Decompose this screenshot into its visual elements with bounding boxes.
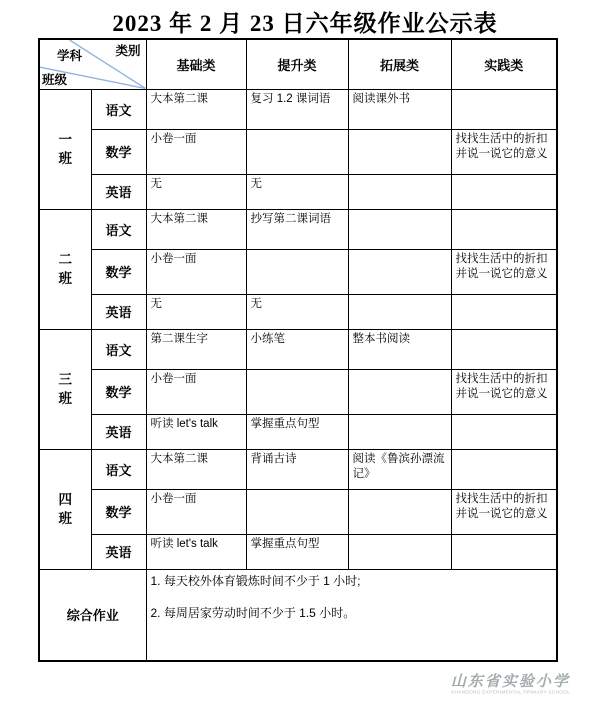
homework-cell	[451, 534, 557, 569]
homework-cell: 抄写第二课词语	[246, 209, 348, 249]
homework-cell: 掌握重点句型	[246, 414, 348, 449]
homework-table: 学科 类别 班级 基础类 提升类 拓展类 实践类 一班 语文 大本第二课 复习 …	[38, 38, 558, 662]
homework-cell	[451, 209, 557, 249]
subject-label: 英语	[91, 414, 146, 449]
subject-label: 英语	[91, 174, 146, 209]
table-row: 英语 无 无	[39, 294, 557, 329]
homework-cell	[451, 414, 557, 449]
column-header-basic: 基础类	[146, 39, 246, 89]
class-label: 一班	[58, 130, 73, 168]
summary-row: 综合作业 1. 每天校外体育锻炼时间不少于 1 小时; 2. 每周居家劳动时间不…	[39, 569, 557, 661]
homework-cell: 整本书阅读	[348, 329, 451, 369]
corner-class-label: 班级	[42, 74, 67, 87]
homework-cell: 第二课生字	[146, 329, 246, 369]
class-4-label-cell: 四班	[39, 449, 91, 569]
summary-item-1: 1. 每天校外体育锻炼时间不少于 1 小时;	[151, 572, 553, 589]
homework-cell	[451, 294, 557, 329]
homework-cell: 小卷一面	[146, 369, 246, 414]
watermark-english: SHANDONG EXPERIMENTAL PRIMARY SCHOOL	[451, 690, 570, 695]
homework-cell	[348, 129, 451, 174]
watermark-chinese: 山东省实验小学	[423, 674, 598, 690]
table-row: 数学 小卷一面 找找生活中的折扣并说一说它的意义	[39, 369, 557, 414]
homework-cell: 找找生活中的折扣并说一说它的意义	[451, 369, 557, 414]
homework-cell: 大本第二课	[146, 89, 246, 129]
subject-label: 英语	[91, 534, 146, 569]
homework-cell: 复习 1.2 课词语	[246, 89, 348, 129]
table-row: 数学 小卷一面 找找生活中的折扣并说一说它的意义	[39, 249, 557, 294]
subject-label: 数学	[91, 369, 146, 414]
homework-cell: 阅读《鲁滨孙漂流记》	[348, 449, 451, 489]
column-header-expand: 拓展类	[348, 39, 451, 89]
corner-subject-label: 学科	[57, 50, 82, 63]
school-watermark: 山东省实验小学 SHANDONG EXPERIMENTAL PRIMARY SC…	[423, 674, 598, 698]
homework-cell	[348, 414, 451, 449]
subject-label: 数学	[91, 129, 146, 174]
class-3-label-cell: 三班	[39, 329, 91, 449]
homework-cell: 听读 let's talk	[146, 534, 246, 569]
homework-cell: 无	[146, 294, 246, 329]
homework-cell	[348, 534, 451, 569]
page-title: 2023 年 2 月 23 日六年级作业公示表	[0, 5, 610, 38]
summary-content: 1. 每天校外体育锻炼时间不少于 1 小时; 2. 每周居家劳动时间不少于 1.…	[146, 569, 557, 661]
homework-cell	[246, 249, 348, 294]
column-header-practice: 实践类	[451, 39, 557, 89]
homework-cell: 找找生活中的折扣并说一说它的意义	[451, 129, 557, 174]
homework-cell	[348, 174, 451, 209]
subject-label: 数学	[91, 489, 146, 534]
homework-cell	[348, 249, 451, 294]
class-label: 三班	[58, 370, 73, 408]
table-row: 二班 语文 大本第二课 抄写第二课词语	[39, 209, 557, 249]
header-row: 学科 类别 班级 基础类 提升类 拓展类 实践类	[39, 39, 557, 89]
subject-label: 英语	[91, 294, 146, 329]
homework-cell: 找找生活中的折扣并说一说它的意义	[451, 249, 557, 294]
homework-cell: 大本第二课	[146, 449, 246, 489]
diagonal-header-cell: 学科 类别 班级	[39, 39, 146, 89]
table-row: 英语 听读 let's talk 掌握重点句型	[39, 414, 557, 449]
class-1-label-cell: 一班	[39, 89, 91, 209]
subject-label: 语文	[91, 209, 146, 249]
table-row: 三班 语文 第二课生字 小练笔 整本书阅读	[39, 329, 557, 369]
class-2-label-cell: 二班	[39, 209, 91, 329]
homework-cell	[246, 369, 348, 414]
homework-cell	[451, 329, 557, 369]
table-row: 数学 小卷一面 找找生活中的折扣并说一说它的意义	[39, 489, 557, 534]
homework-cell: 听读 let's talk	[146, 414, 246, 449]
class-label: 四班	[58, 490, 73, 528]
table-row: 一班 语文 大本第二课 复习 1.2 课词语 阅读课外书	[39, 89, 557, 129]
table-row: 数学 小卷一面 找找生活中的折扣并说一说它的意义	[39, 129, 557, 174]
homework-cell: 无	[246, 174, 348, 209]
homework-cell	[348, 489, 451, 534]
column-header-improve: 提升类	[246, 39, 348, 89]
table-row: 英语 无 无	[39, 174, 557, 209]
summary-label: 综合作业	[39, 569, 146, 661]
homework-cell: 小卷一面	[146, 489, 246, 534]
homework-cell	[348, 369, 451, 414]
subject-label: 语文	[91, 89, 146, 129]
homework-cell: 找找生活中的折扣并说一说它的意义	[451, 489, 557, 534]
homework-cell	[348, 294, 451, 329]
homework-cell: 阅读课外书	[348, 89, 451, 129]
homework-cell	[246, 489, 348, 534]
table-row: 英语 听读 let's talk 掌握重点句型	[39, 534, 557, 569]
summary-item-2: 2. 每周居家劳动时间不少于 1.5 小时。	[151, 604, 553, 621]
homework-cell	[451, 174, 557, 209]
subject-label: 语文	[91, 329, 146, 369]
homework-cell: 无	[246, 294, 348, 329]
subject-label: 语文	[91, 449, 146, 489]
subject-label: 数学	[91, 249, 146, 294]
homework-cell	[451, 89, 557, 129]
corner-category-label: 类别	[115, 45, 140, 58]
homework-cell: 背诵古诗	[246, 449, 348, 489]
homework-cell	[451, 449, 557, 489]
homework-cell: 小卷一面	[146, 129, 246, 174]
document-page: 2023 年 2 月 23 日六年级作业公示表 学科 类别 班级 基础类 提升类…	[0, 0, 610, 703]
homework-cell: 掌握重点句型	[246, 534, 348, 569]
homework-cell	[246, 129, 348, 174]
homework-cell	[348, 209, 451, 249]
table-row: 四班 语文 大本第二课 背诵古诗 阅读《鲁滨孙漂流记》	[39, 449, 557, 489]
homework-cell: 小练笔	[246, 329, 348, 369]
homework-cell: 小卷一面	[146, 249, 246, 294]
class-label: 二班	[58, 250, 73, 288]
homework-cell: 无	[146, 174, 246, 209]
homework-cell: 大本第二课	[146, 209, 246, 249]
